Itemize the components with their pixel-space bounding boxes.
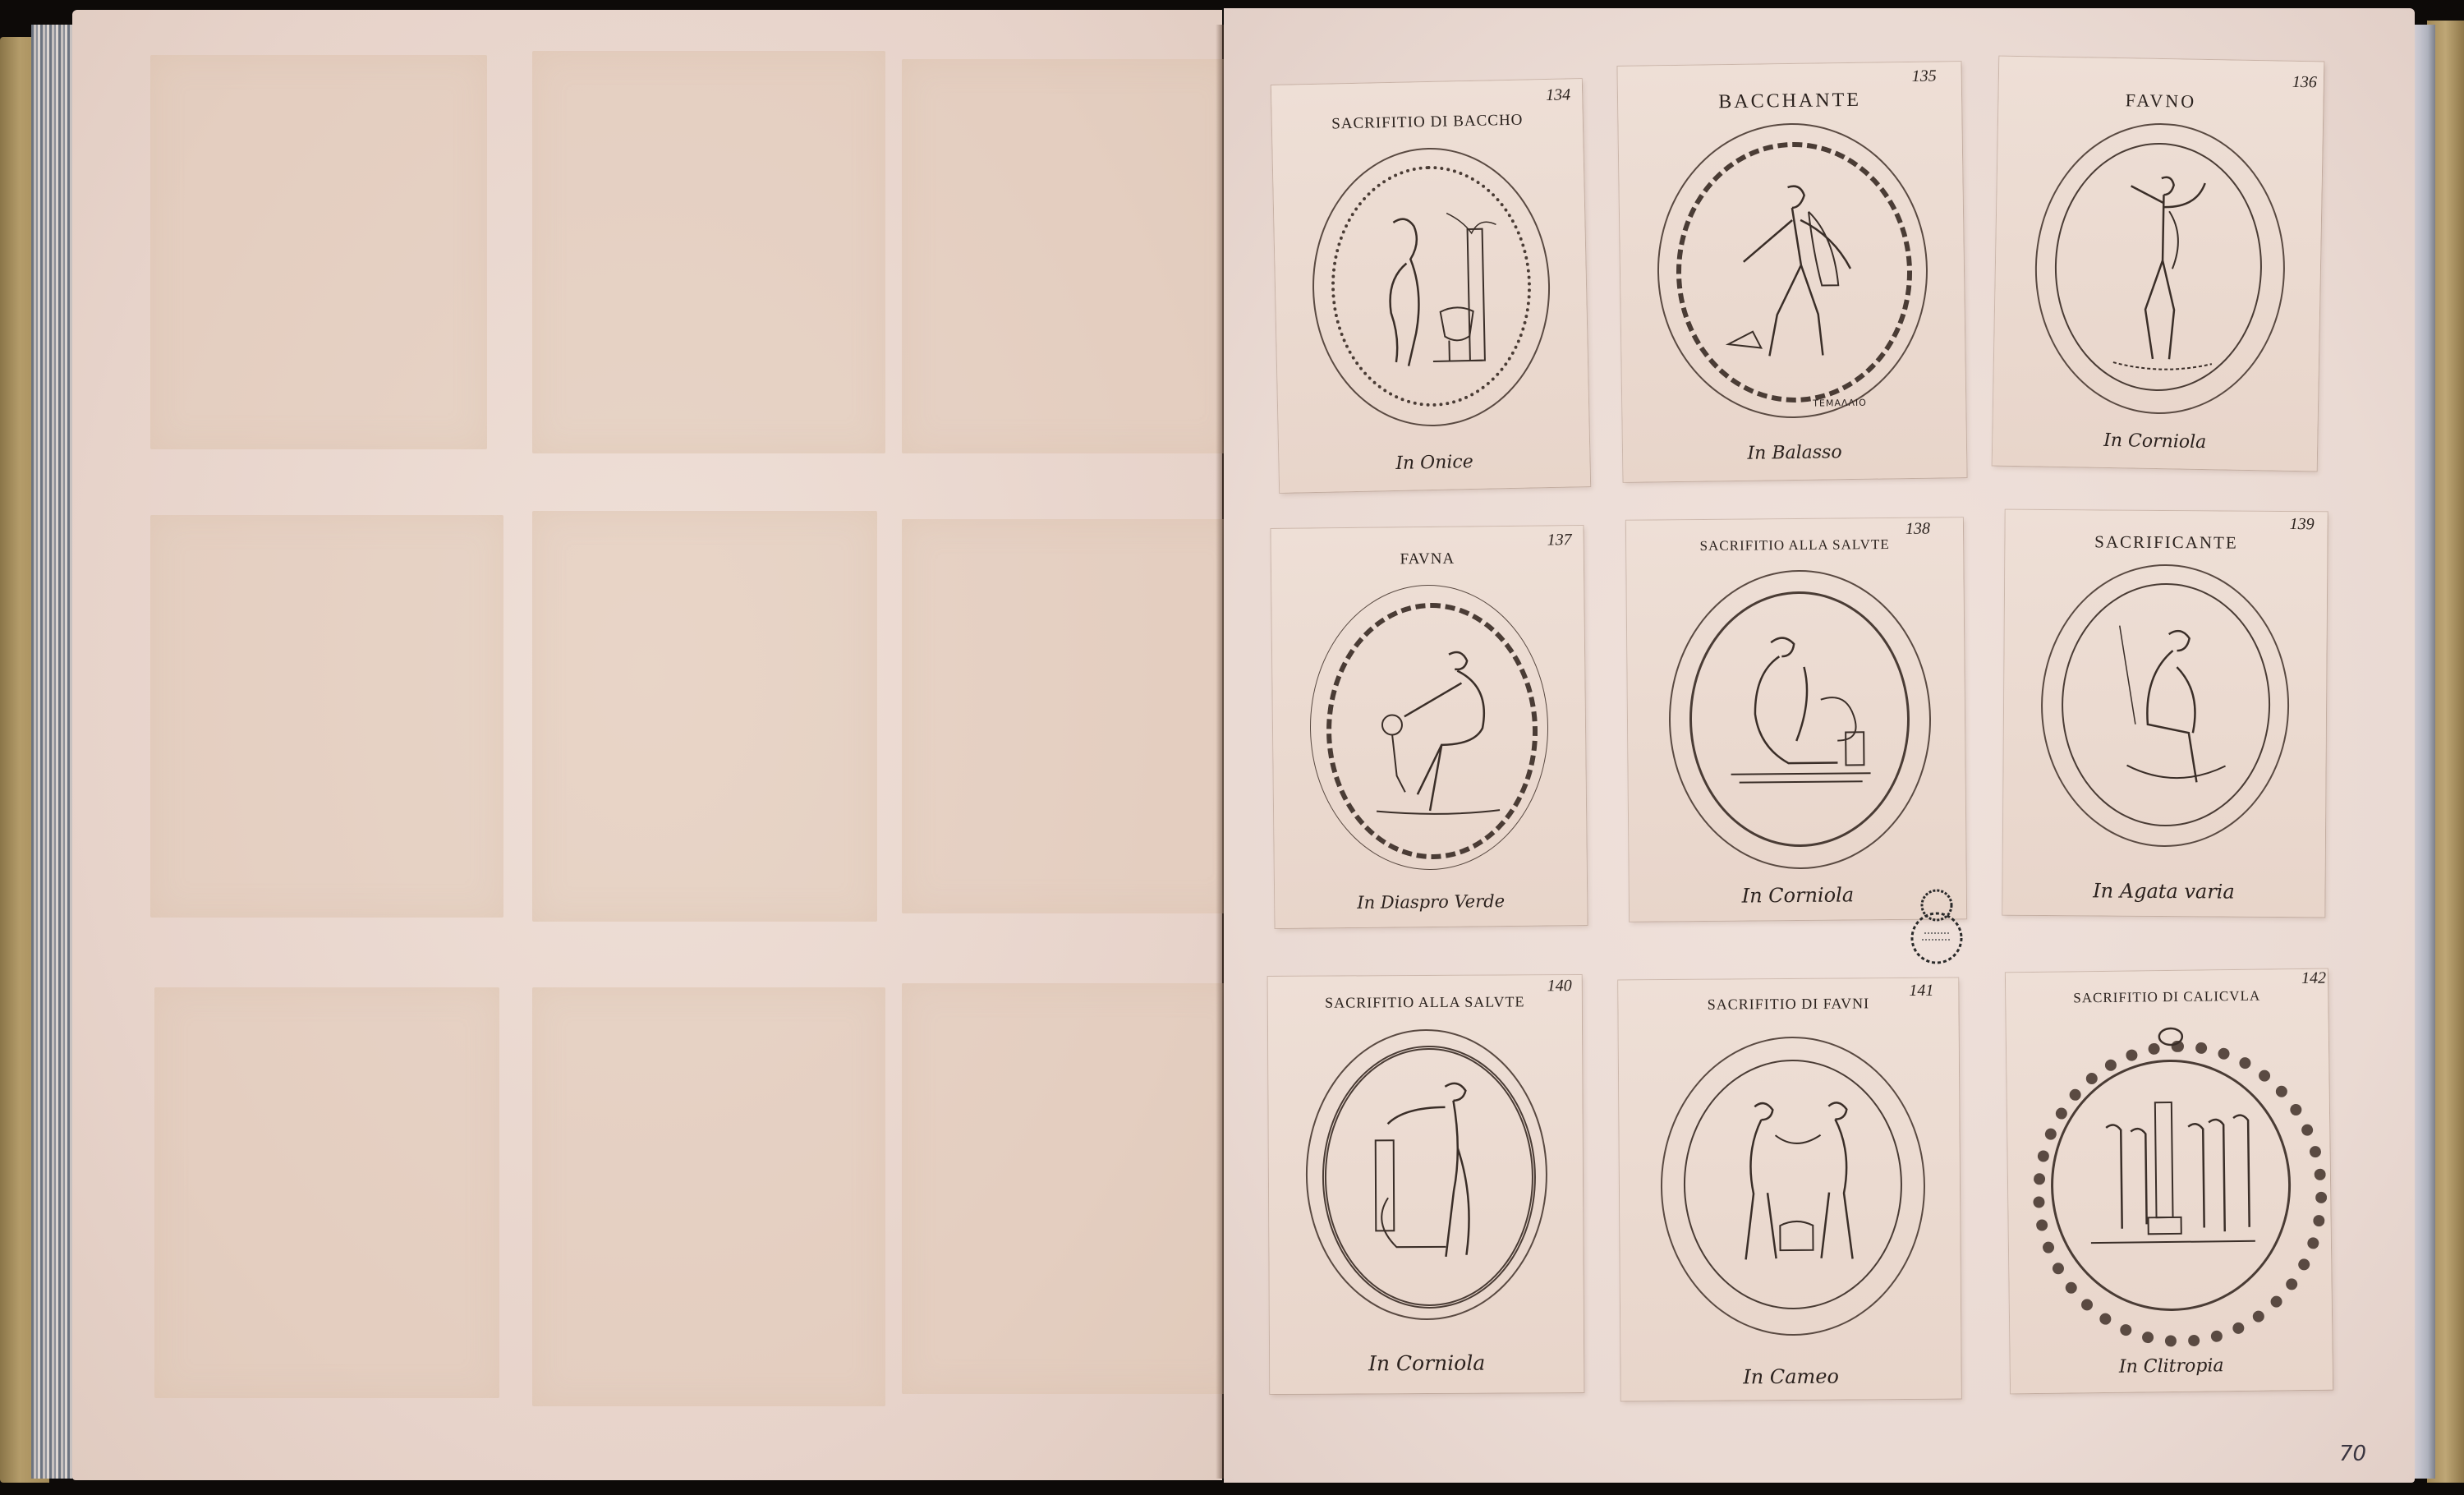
plate-caption: In Corniola [1270, 1350, 1584, 1376]
engraving-fauna-with-child-icon [1342, 633, 1516, 824]
plate-138: SACRIFITIO ALLA SALVTE 138 In Corniola [1626, 517, 1966, 922]
plate-caption: In Cameo [1620, 1364, 1961, 1390]
plate-title: SACRIFITIO DI CALICVLA [2006, 987, 2328, 1008]
plate-number: 141 [1909, 982, 1933, 1000]
plate-135: BACCHANTE 135 ΤΕΜΑΛΛΙΟ In Balasso [1617, 62, 1966, 482]
gem-inscription: ΤΕΜΑΛΛΙΟ [1813, 398, 1867, 409]
plate-caption: In Diaspro Verde [1275, 890, 1587, 913]
plate-number: 137 [1547, 531, 1572, 550]
engraving-faun-standing-icon [2089, 161, 2232, 377]
page-edges-left [31, 25, 76, 1479]
plate-title: SACRIFITIO DI FAVNI [1618, 995, 1958, 1014]
ghost-plate [154, 987, 499, 1398]
engraving-satyr-altar-icon [1348, 187, 1516, 388]
plate-caption: In Corniola [1993, 429, 2317, 455]
ghost-plate [532, 511, 877, 922]
plate-title: SACRIFICANTE [2005, 531, 2327, 554]
engraving-sacrifice-to-salus-icon [1338, 1065, 1519, 1280]
plate-137: FAVNA 137 In Diaspro Verde [1271, 526, 1587, 928]
engraving-seated-man-serpent-icon [1705, 609, 1887, 824]
plate-number: 136 [2292, 73, 2317, 93]
right-page: SACRIFITIO DI BACCHO 134 In Onice BACCHA… [1224, 8, 2415, 1483]
ghost-plate [532, 51, 885, 453]
library-stamp-icon [1896, 881, 1978, 967]
folio-number: 70 [2339, 1442, 2366, 1466]
engraving-sacrifice-of-caligula-icon [2072, 1068, 2272, 1284]
plate-number: 138 [1905, 520, 1930, 539]
plate-title: SACRIFITIO ALLA SALVTE [1268, 993, 1582, 1012]
plate-142: SACRIFITIO DI CALICVLA 142 In Clitropia [2006, 969, 2333, 1394]
engraving-bacchante-dancing-icon [1709, 162, 1877, 378]
plate-title: FAVNO [1998, 88, 2323, 115]
plate-number: 139 [2290, 515, 2315, 534]
plate-caption: In Agata varia [2002, 879, 2324, 904]
plate-136: FAVNO 136 In Corniola [1993, 57, 2324, 471]
plate-number: 140 [1547, 977, 1572, 996]
plate-141: SACRIFITIO DI FAVNI 141 In Cameo [1618, 978, 1961, 1401]
plate-caption: In Balasso [1623, 440, 1966, 466]
left-page [72, 10, 1222, 1480]
plate-title: BACCHANTE [1618, 88, 1961, 115]
plate-140: SACRIFITIO ALLA SALVTE 140 In Corniola [1268, 975, 1584, 1394]
ghost-plate [150, 55, 487, 449]
plate-number: 135 [1912, 67, 1937, 86]
ghost-plate [902, 59, 1239, 453]
plate-134: SACRIFITIO DI BACCHO 134 In Onice [1271, 79, 1590, 493]
plate-caption: In Onice [1279, 449, 1589, 476]
engraving-two-fauns-sacrifice-icon [1697, 1077, 1887, 1284]
ghost-plate [902, 519, 1247, 913]
ghost-plate [532, 987, 885, 1406]
plate-number: 142 [2301, 969, 2326, 988]
plate-title: FAVNA [1271, 549, 1584, 570]
engraving-seated-sacrificer-icon [2077, 600, 2251, 815]
ghost-plate [902, 983, 1247, 1394]
ring-loop-icon [2154, 1024, 2187, 1049]
plate-title: SACRIFITIO DI BACCHO [1272, 110, 1583, 135]
plate-139: SACRIFICANTE 139 In Agata varia [2002, 510, 2327, 918]
plate-caption: In Clitropia [2011, 1355, 2333, 1379]
ghost-plate [150, 515, 503, 918]
plate-number: 134 [1546, 85, 1570, 105]
